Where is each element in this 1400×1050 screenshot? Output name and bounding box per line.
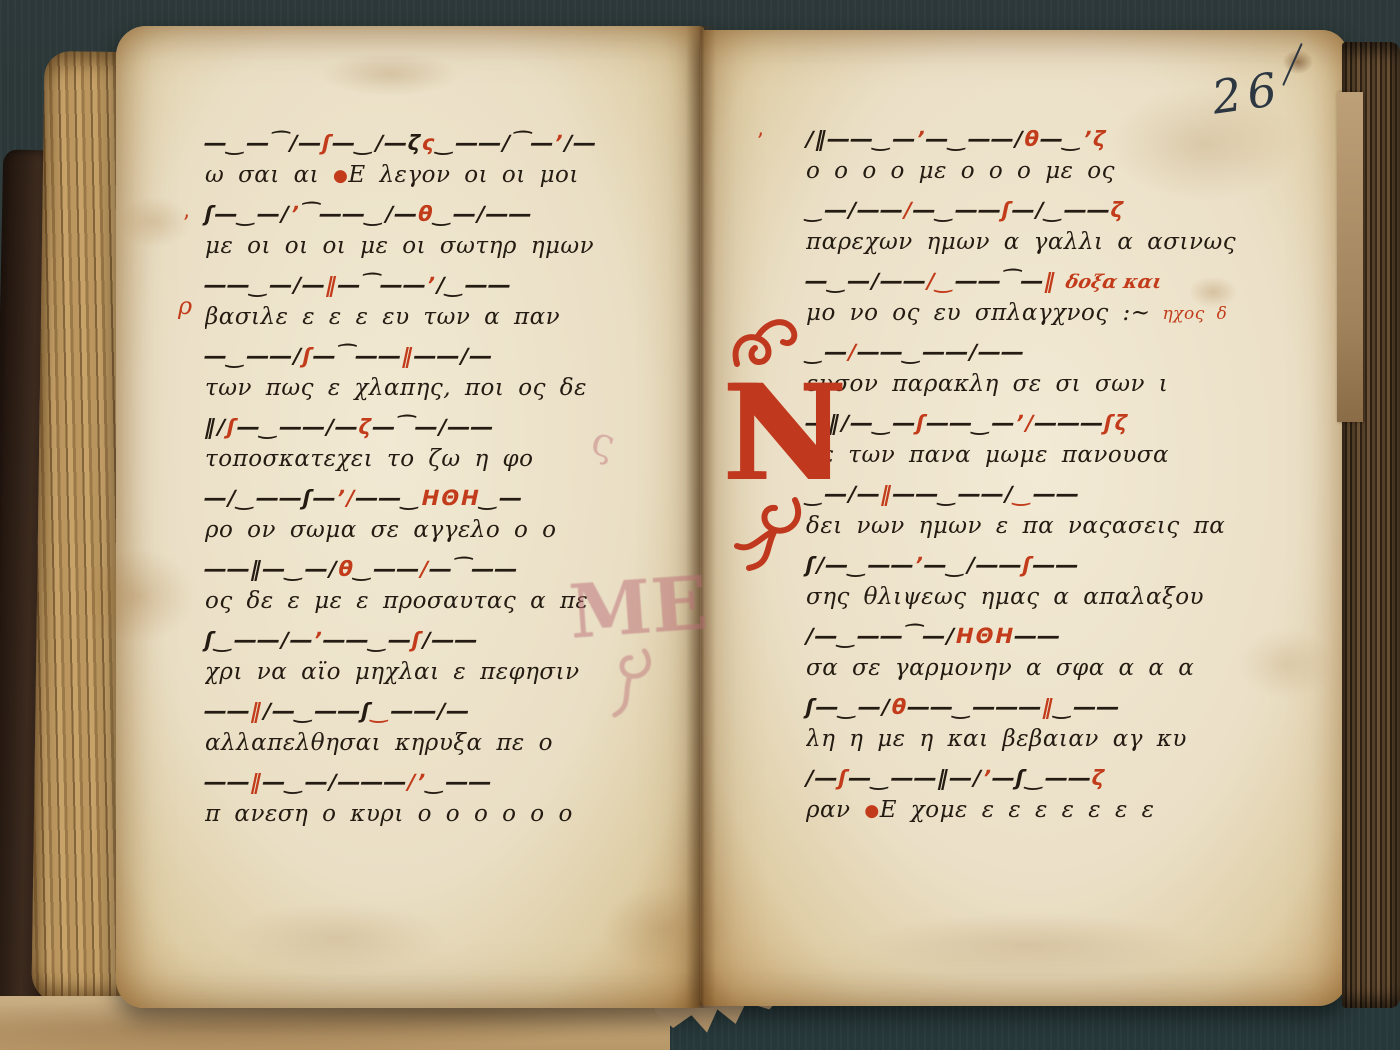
red-ink-run: δοξα και [1064, 271, 1165, 293]
ink-run: αλλαπελθησαι κηρυξα πε ο [205, 730, 553, 756]
ink-run: ―‿――∕ [202, 344, 305, 368]
ink-run: π ανεση ο κυρι ο ο ο ο ο ο [205, 801, 573, 827]
lyric-row: βασιλε ε ε ε ευ των α παν [205, 304, 665, 335]
ink-run: ∕‖――‿― [803, 127, 919, 151]
ink-run: ――‿――― [905, 695, 1044, 719]
ink-run: ―⁀―― [336, 273, 429, 297]
neume-row: ‿―∕――∕―‿――ʃ―∕‿――ζ [802, 189, 1263, 229]
ink-run: Ε λεγον οι οι μοι [348, 162, 579, 188]
ink-run: βασιλε ε ε ε ευ των α παν [205, 304, 560, 330]
lyric-row: ραν ●Ε χομε ε ε ε ε ε ε ε [806, 797, 1258, 828]
ink-run: ∕― [562, 131, 600, 155]
neume-row: ―‿――∕ʃ―⁀――‖――∕― [201, 335, 670, 375]
neume-row: ∕―ʃ―‿――‖―∕ʼ―ʃ‿――ζ [802, 757, 1263, 797]
ink-run: ―‿ [1038, 127, 1085, 151]
fore-edge-flap [1337, 92, 1363, 422]
ink-run: ――⁀― [953, 269, 1046, 293]
ink-run: ʃ―‿―∕ [803, 695, 894, 719]
ink-run: ʃ‿――∕― [202, 628, 316, 652]
lyric-row: παρεχων ημων α γαλλι α ασινως [806, 229, 1258, 260]
ink-run: ――∕― [412, 344, 496, 368]
ink-run: ω σαι αι [205, 162, 333, 188]
chant-line: ―‿――∕ʃ―⁀――‖――∕―των πως ε χλαπης, ποι ος … [205, 335, 665, 406]
ink-run: με οι οι οι με οι σωτηρ ημων [205, 233, 594, 259]
neume-row: ―‿―⁀∕―ʃ―‿∕―ζς‿――∕⁀―ʼ∕― [201, 122, 670, 162]
flourish-bottom-ornament-icon [731, 494, 805, 572]
ink-run: των πως ε χλαπης, ποι ος δε [205, 375, 587, 401]
ink-run: ―‿―⁀∕― [202, 131, 325, 155]
lyric-row: σης θλιψεως ημας α απαλαξου [806, 584, 1258, 615]
chant-line: ―‖∕―‿―ʃ――‿―ʼ∕―――ʃζκε των πανα μωμε πανου… [806, 402, 1258, 473]
ink-run: μο νο ος ευ σπλαγχνος :~ [806, 300, 1151, 326]
ink-run: ―‿∕―ζ [330, 131, 425, 155]
left-page-chant-column: ―‿―⁀∕―ʃ―‿∕―ζς‿――∕⁀―ʼ∕―ω σαι αι ●Ε λεγον … [205, 122, 665, 832]
red-margin-mark: ʼ [756, 130, 763, 155]
ink-run: ∕‿―― [434, 273, 514, 297]
red-ink-run: ΗΘΗ [953, 624, 1017, 648]
lyric-row: σα σε γαρμονην α σφα α α α [806, 655, 1258, 686]
chant-line: ∕―‿――⁀―∕ΗΘΗ――σα σε γαρμονην α σφα α α α [806, 615, 1258, 686]
folio-number: 26 [1209, 61, 1286, 124]
neume-row: ‿―∕――‿――∕―― [802, 331, 1263, 371]
ink-run: ―⁀―― [427, 557, 520, 581]
lyric-row: δει νων ημων ε πα ναςασεις πα [806, 513, 1258, 544]
chant-line: ‿―∕――∕―‿――ʃ―∕‿――ζπαρεχων ημων α γαλλι α … [806, 189, 1258, 260]
ink-run: ―‿∕―― [922, 553, 1025, 577]
ghost-flourish-icon [600, 646, 659, 720]
ink-run: ――‿ [354, 486, 424, 510]
chant-line: ――‖―‿―∕―――∕ʼ‿――π ανεση ο κυρι ο ο ο ο ο … [205, 761, 665, 832]
gutter-shadow [686, 26, 716, 1008]
manuscript-photo: ―‿―⁀∕―ʃ―‿∕―ζς‿――∕⁀―ʼ∕―ω σαι αι ●Ε λεγον … [0, 0, 1400, 1050]
ink-run: ―ʃ‿―― [990, 766, 1094, 790]
ink-run: ʃ∕―‿―― [803, 553, 917, 577]
lyric-row: με οι οι οι με οι σωτηρ ημων [205, 233, 665, 264]
ink-run: ―‿――∕― [235, 415, 361, 439]
chant-line: ‿―∕―‖――‿――∕‿――δει νων ημων ε πα ναςασεις… [806, 473, 1258, 544]
ink-run: ευσον παρακλη σε σι σων ι [806, 371, 1168, 397]
chant-line: ∕―ʃ―‿――‖―∕ʼ―ʃ‿――ζραν ●Ε χομε ε ε ε ε ε ε… [806, 757, 1258, 828]
neume-row: ―‖∕―‿―ʃ――‿―ʼ∕―――ʃζ [802, 402, 1263, 442]
ink-run: σα σε γαρμονην α σφα α α α [806, 655, 1194, 681]
red-ink-run: ʃζ [1102, 411, 1132, 435]
ink-run: ο ο ο ο με ο ο ο με ος [806, 158, 1115, 184]
neume-row: ʃ∕―‿――ʼ―‿∕――ʃ―― [802, 544, 1263, 584]
ink-run: ‿―― [352, 557, 422, 581]
ink-run: ――‿――∕―― [855, 340, 1027, 364]
ink-run: ―― [1031, 482, 1082, 506]
red-margin-mark: ʼ [182, 212, 189, 237]
ghost-initial-show-through: ΜΕ [567, 570, 687, 721]
neume-row: ∕‖――‿―ʼ―‿――∕θ―‿ʼζ [802, 118, 1263, 158]
lyric-row: κε των πανα μωμε πανουσα [806, 442, 1258, 473]
ink-run: ος δε ε με ε προσαυτας α πε [205, 588, 588, 614]
ink-run: ∕―‿――ʃ [261, 699, 375, 723]
ink-run: ‿――∕⁀― [434, 131, 557, 155]
ink-run: κε των πανα μωμε πανουσα [806, 442, 1169, 468]
chant-line: ʃ∕―‿――ʼ―‿∕――ʃ――σης θλιψεως ημας α απαλαξ… [806, 544, 1258, 615]
neume-row: ∕―‿――⁀―∕ΗΘΗ―― [802, 615, 1263, 655]
chant-line: ∕‖――‿―ʼ―‿――∕θ―‿ʼζο ο ο ο με ο ο ο με ος [806, 118, 1258, 189]
ink-run: τοποσκατεχει το ζω η φο [205, 446, 533, 472]
ink-run: ∕― [803, 766, 841, 790]
ghost-initial-letters: ΜΕ [567, 560, 711, 655]
lyric-row: ω σαι αι ●Ε λεγον οι οι μοι [205, 162, 665, 193]
ink-run: ――‿――∕ [891, 482, 1017, 506]
ink-run: ――∕― [389, 699, 473, 723]
ink-run: ―― [1031, 553, 1082, 577]
neume-row: ―∕‿――ʃ―ʼ∕――‿ΗΘΗ‿― [201, 477, 670, 517]
ink-run: ―― [202, 699, 253, 723]
lyric-row: ευσον παρακλη σε σι σων ι [806, 371, 1258, 402]
ink-run: ‿―∕―― [803, 198, 906, 222]
lyric-row: λη η με η και βεβαιαν αγ κυ [806, 726, 1258, 757]
ink-run: ――‿― [321, 628, 414, 652]
ink-run: ――‖―‿―∕ [202, 557, 341, 581]
red-ink-run: ΗΘΗ [419, 486, 483, 510]
red-ink-run: ηχος δ [1151, 304, 1228, 324]
chant-line: ʃ―‿―∕ʼ⁀――‿∕―θ‿―∕――με οι οι οι με οι σωτη… [205, 193, 665, 264]
ink-run: λη η με η και βεβαιαν αγ κυ [806, 726, 1187, 752]
chant-line: ―‿―∕――∕‿――⁀―‖ δοξα καιμο νο ος ευ σπλαγχ… [806, 260, 1258, 331]
ink-run: ―∕‿――ʃ― [202, 486, 339, 510]
red-ink-run: ● [864, 801, 879, 821]
ink-run: παρεχων ημων α γαλλι α ασινως [806, 229, 1236, 255]
right-page-chant-column: ∕‖――‿―ʼ―‿――∕θ―‿ʼζο ο ο ο με ο ο ο με ος‿… [806, 118, 1258, 828]
ink-run: ‿―∕―― [432, 202, 535, 226]
ink-run: ⁀――‿∕― [298, 202, 421, 226]
lyric-row: π ανεση ο κυρι ο ο ο ο ο ο [205, 801, 665, 832]
neume-row: ――‿―∕―‖―⁀――ʼ∕‿―― [201, 264, 670, 304]
red-margin-mark: ρ [178, 292, 192, 320]
ink-run: ―∕‿―― [1010, 198, 1113, 222]
ink-run: δει νων ημων ε πα ναςασεις πα [806, 513, 1225, 539]
chant-line: ―‿―⁀∕―ʃ―‿∕―ζς‿――∕⁀―ʼ∕―ω σαι αι ●Ε λεγον … [205, 122, 665, 193]
ink-run: σης θλιψεως ημας α απαλαξου [806, 584, 1204, 610]
chant-line: ――‿―∕―‖―⁀――ʼ∕‿――βασιλε ε ε ε ευ των α πα… [205, 264, 665, 335]
ink-run: ―― [1012, 624, 1063, 648]
neume-row: ʃ―‿―∕θ――‿―――‖‿―― [802, 686, 1263, 726]
neume-row: ʃ―‿―∕ʼ⁀――‿∕―θ‿―∕―― [201, 193, 670, 233]
ink-run: ―‿―― [911, 198, 1004, 222]
ink-run: ‿―― [424, 770, 494, 794]
ink-run: ―⁀―∕―― [371, 415, 497, 439]
ink-run: ―⁀―― [311, 344, 404, 368]
chant-line: ―∕‿――ʃ―ʼ∕――‿ΗΘΗ‿―ρο ον σωμα σε αγγελο ο … [205, 477, 665, 548]
ink-run: ‿― [478, 486, 525, 510]
ink-run: ――― [1033, 411, 1107, 435]
ink-run: ―‿―∕―― [803, 269, 929, 293]
red-ink-run: ʼζ [1081, 127, 1110, 151]
lyric-row: ο ο ο ο με ο ο ο με ος [806, 158, 1258, 189]
chant-line: ʃ―‿―∕θ――‿―――‖‿――λη η με η και βεβαιαν αγ… [806, 686, 1258, 757]
ink-run: ‿―― [1052, 695, 1122, 719]
ink-run: ―‿――∕ [924, 127, 1027, 151]
ink-run: ―‿――‖―∕ [847, 766, 986, 790]
initial-letter-nu: Ν [722, 374, 814, 494]
ink-run: ρο ον σωμα σε αγγελο ο ο [205, 517, 557, 543]
red-ink-run: ● [333, 166, 348, 186]
ink-run: ――‿― [925, 411, 1018, 435]
ink-run: ραν [806, 797, 864, 823]
neume-row: ―‿―∕――∕‿――⁀―‖ δοξα και [802, 260, 1263, 300]
decorated-initial-block: Ν [722, 314, 814, 624]
ink-run: ∕―― [420, 628, 481, 652]
lyric-row: μο νο ος ευ σπλαγχνος :~ ηχος δ [806, 300, 1258, 331]
lyric-row: αλλαπελθησαι κηρυξα πε ο [205, 730, 665, 761]
ink-run: ―― [202, 770, 253, 794]
ink-run: Ε χομε ε ε ε ε ε ε ε [880, 797, 1155, 823]
lyric-row: ρο ον σωμα σε αγγελο ο ο [205, 517, 665, 548]
neume-row: ‿―∕―‖――‿――∕‿―― [802, 473, 1263, 513]
chant-line: ‿―∕――‿――∕――ευσον παρακλη σε σι σων ι [806, 331, 1258, 402]
ink-run: ―‿―∕――― [261, 770, 410, 794]
ink-run: ʃ―‿―∕ [202, 202, 293, 226]
ink-run: ――‿―∕― [202, 273, 328, 297]
lyric-row: των πως ε χλαπης, ποι ος δε [205, 375, 665, 406]
neume-row: ――‖―‿―∕―――∕ʼ‿―― [201, 761, 670, 801]
ink-run: ∕―‿――⁀―∕ [803, 624, 958, 648]
ink-run: χρι να αϊο μηχλαι ε πεφησιν [205, 659, 580, 685]
